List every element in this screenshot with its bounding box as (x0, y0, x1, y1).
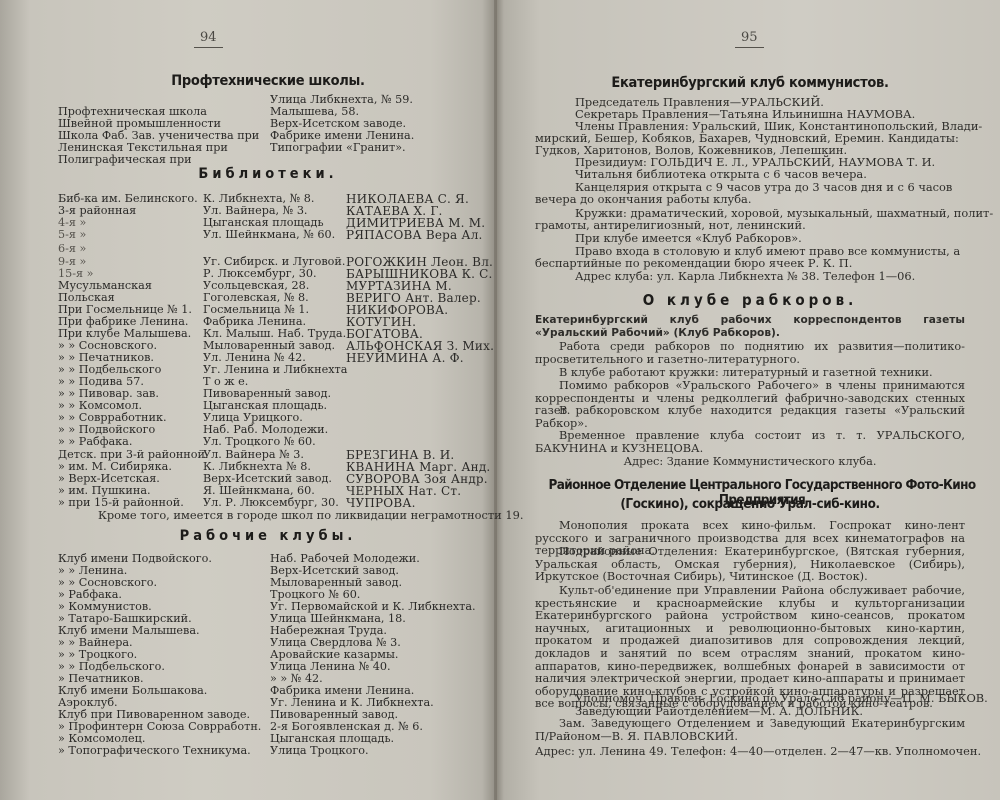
rabkor-club-subheading: Екатеринбургский клуб рабочих корреспонд… (535, 314, 965, 339)
paragraph: В рабкоровском клубе находится редакция … (535, 405, 965, 430)
official-line: Заведующий Райотделением—М. А. ДОЛЬНИК. (575, 705, 863, 717)
text-line: вечера до окончания работы клуба. (535, 193, 751, 205)
text-line: При клубе имеется «Клуб Рабкоров». (575, 232, 802, 244)
paragraph: Работа среди рабкоров по поднятию их раз… (535, 341, 965, 366)
paragraph: Подрайонные Отделения: Екатеринбургское,… (535, 546, 965, 584)
text-line: Читальня библиотека открыта с 6 часов ве… (575, 168, 867, 180)
communists-club-heading: Екатеринбургский клуб коммунистов. (535, 75, 965, 91)
right-page: 95 Екатеринбургский клуб коммунистов. Пр… (535, 0, 965, 800)
page-number: 94 (194, 30, 223, 48)
table-row: 6-я » (58, 243, 478, 255)
paragraph: Временное правление клуба состоит из т. … (535, 430, 965, 455)
workers-clubs-heading: Рабочие клубы. (58, 528, 478, 544)
book-spread: 94 Профтехнические школы. Улица Либкнехт… (0, 0, 1000, 800)
libraries-heading: Библиотеки. (58, 166, 478, 182)
text-line: Адрес клуба: ул. Карла Либкнехта № 38. Т… (575, 270, 915, 282)
rabkor-club-heading: О клубе рабкоров. (535, 291, 965, 309)
text-line: беспартийные по рекомендации бюро ячеек … (535, 257, 852, 269)
table-row: 5-я »Ул. Шейнкмана, № 60.РЯПАСОВА Вера А… (58, 229, 478, 241)
book-gutter (494, 0, 497, 800)
official-line: Уполномоч. Правлен. Госкино по Урало-Сиб… (575, 692, 988, 704)
goskino-address: Адрес: ул. Ленина 49. Телефон: 4—40—отде… (535, 745, 981, 757)
list-item: Полиграфическая при (58, 154, 478, 166)
goskino-heading-line2: (Госкино), сокращенно Урал-сиб-кино. (535, 497, 965, 512)
rabkor-club-address: Адрес: Здание Коммунистического клуба. (535, 456, 965, 469)
left-page: 94 Профтехнические школы. Улица Либкнехт… (58, 0, 478, 800)
paragraph: В клубе работают кружки: литературный и … (535, 367, 965, 380)
text-line: грамоты, антирелигиозный, нот, ленинский… (535, 219, 806, 231)
page-number: 95 (735, 30, 764, 48)
official-line: Зам. Заведующего Отделением и Заведующий… (535, 718, 965, 743)
table-row: » Топографического Техникума.Улица Троцк… (58, 745, 478, 757)
profschools-heading: Профтехнические школы. (58, 73, 478, 89)
table-row: » » Рабфака.Ул. Троцкого № 60. (58, 436, 478, 448)
libraries-note: Кроме того, имеется в городе школ по лик… (98, 509, 523, 521)
